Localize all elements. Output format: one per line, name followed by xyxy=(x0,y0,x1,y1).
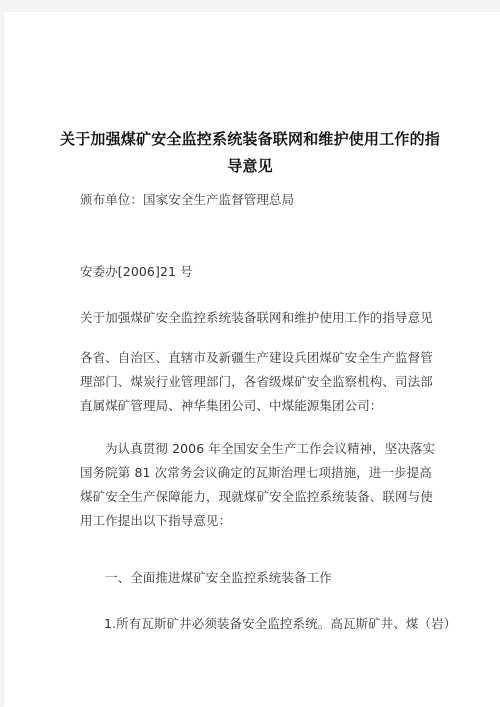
document-number: 安委办[2006]21 号 xyxy=(80,262,193,280)
addressees-text: 各省、自治区、直辖市及新疆生产建设兵团煤矿安全生产监督管理部门、煤炭行业管理部门… xyxy=(80,350,433,413)
intro-paragraph: 为认真贯彻 2006 年全国安全生产工作会议精神，坚决落实国务院第 81 次常务… xyxy=(80,437,436,533)
intro-text: 为认真贯彻 2006 年全国安全生产工作会议精神，坚决落实国务院第 81 次常务… xyxy=(80,441,435,528)
document-subtitle: 关于加强煤矿安全监控系统装备联网和维护使用工作的指导意见 xyxy=(80,308,433,326)
list-item: 1.所有瓦斯矿井必须装备安全监控系统。高瓦斯矿井、煤（岩） xyxy=(104,614,456,632)
document-title: 关于加强煤矿安全监控系统装备联网和维护使用工作的指导意见 xyxy=(60,126,440,180)
addressees-paragraph: 各省、自治区、直辖市及新疆生产建设兵团煤矿安全生产监督管理部门、煤炭行业管理部门… xyxy=(80,346,436,418)
issuer-line: 颁布单位：国家安全生产监督管理总局 xyxy=(80,190,294,208)
section-heading: 一、全面推进煤矿安全监控系统装备工作 xyxy=(105,568,332,586)
